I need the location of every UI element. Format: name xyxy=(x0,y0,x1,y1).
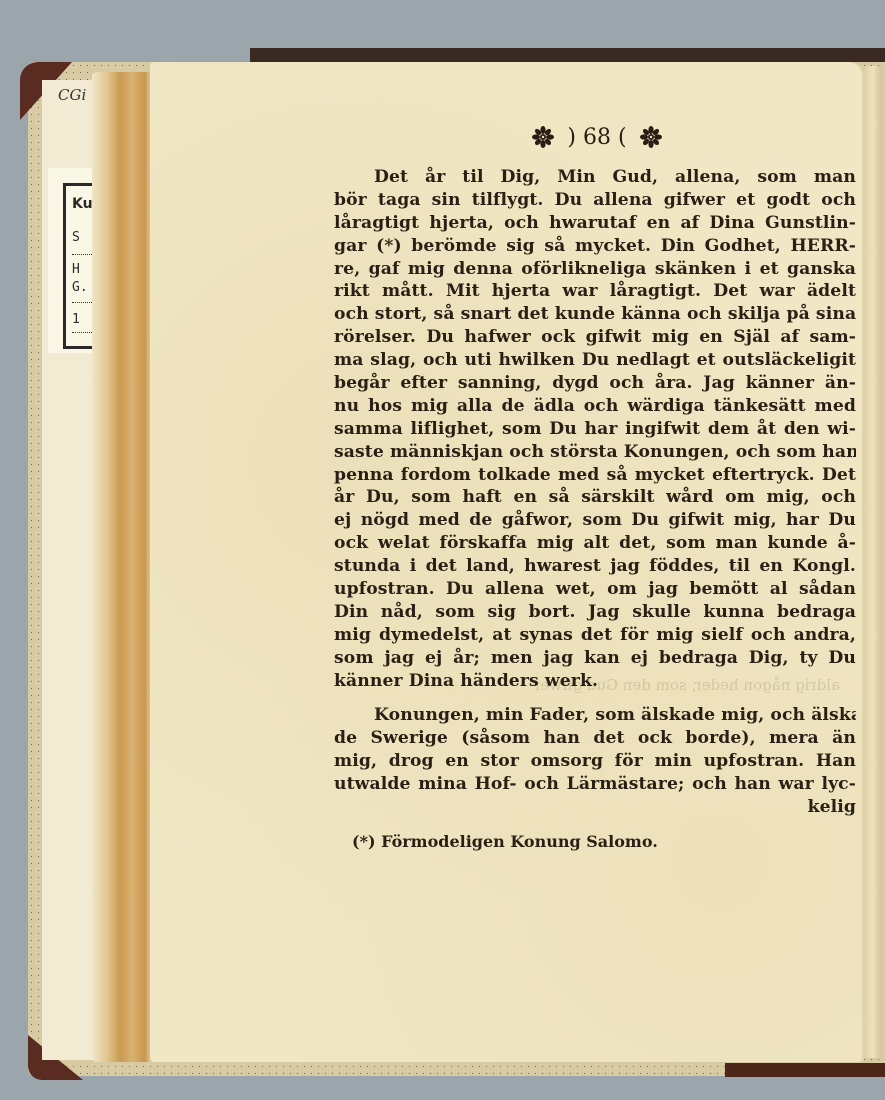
text-line: begår efter sanning, dygd och åra. Jag k… xyxy=(334,372,856,395)
text-line: rikt mått. Mit hjerta war låragtigt. Det… xyxy=(334,280,856,303)
cover-top-edge xyxy=(250,48,885,62)
catchword: kelig xyxy=(334,796,856,819)
text-line: utwalde mina Hof- och Lärmästare; och ha… xyxy=(334,773,856,796)
text-line: och stort, så snart det kunde känna och … xyxy=(334,303,856,326)
library-label-line: S xyxy=(72,230,80,245)
library-label-line: 1 xyxy=(72,312,80,327)
page-right-edge xyxy=(860,66,882,1058)
library-label-line: G. xyxy=(72,280,88,295)
leather-spine-bottom xyxy=(725,1063,885,1077)
library-label-line: H xyxy=(72,262,80,277)
text-line: de Swerige (såsom han det ock borde), me… xyxy=(334,727,856,750)
text-line: känner Dina händers werk. xyxy=(334,670,856,693)
body-text: Det år til Dig, Min Gud, allena, som man… xyxy=(334,166,856,819)
text-line: Din nåd, som sig bort. Jag skulle kunna … xyxy=(334,601,856,624)
text-line: samma liflighet, som Du har ingifwit dem… xyxy=(334,418,856,441)
page-block-edge xyxy=(92,72,154,1062)
text-line: penna fordom tolkade med så mycket efter… xyxy=(334,464,856,487)
handwritten-shelfmark: CGi xyxy=(58,86,86,104)
text-line: upfostran. Du allena wet, om jag bemött … xyxy=(334,578,856,601)
rosette-icon xyxy=(531,125,555,149)
text-line: ock welat förskaffa mig alt det, som man… xyxy=(334,532,856,555)
text-line: ej nögd med de gåfwor, som Du gifwit mig… xyxy=(334,509,856,532)
paragraph-2: Konungen, min Fader, som älskade mig, oc… xyxy=(334,704,856,818)
text-line: gar (*) berömde sig så mycket. Din Godhe… xyxy=(334,235,856,258)
paragraph-gap xyxy=(334,692,856,704)
text-line: som jag ej år; men jag kan ej bedraga Di… xyxy=(334,647,856,670)
page-number: ) 68 ( xyxy=(567,125,626,150)
footnote: (*) Förmodeligen Konung Salomo. xyxy=(352,832,658,851)
rosette-icon xyxy=(639,125,663,149)
text-line: Konungen, min Fader, som älskade mig, oc… xyxy=(334,704,856,727)
page-header: ) 68 ( xyxy=(512,122,682,152)
text-line: rörelser. Du hafwer ock gifwit mig en Sj… xyxy=(334,326,856,349)
text-line: år Du, som haft en så särskilt wård om m… xyxy=(334,486,856,509)
text-line: saste människjan och största Konungen, o… xyxy=(334,441,856,464)
text-line: stunda i det land, hwarest jag föddes, t… xyxy=(334,555,856,578)
paragraph-1: Det år til Dig, Min Gud, allena, som man… xyxy=(334,166,856,692)
text-line: re, gaf mig denna oförlikneliga skänken … xyxy=(334,258,856,281)
text-line: mig dymedelst, at synas det för mig siel… xyxy=(334,624,856,647)
text-line: bör taga sin tilflygt. Du allena gifwer … xyxy=(334,189,856,212)
text-line: ma slag, och uti hwilken Du nedlagt et o… xyxy=(334,349,856,372)
text-line: nu hos mig alla de ädla och wärdiga tänk… xyxy=(334,395,856,418)
text-line: låragtigt hjerta, och hwarutaf en af Din… xyxy=(334,212,856,235)
text-line: Det år til Dig, Min Gud, allena, som man xyxy=(334,166,856,189)
library-label-title: Ku xyxy=(72,196,93,212)
text-line: mig, drog en stor omsorg för min upfostr… xyxy=(334,750,856,773)
